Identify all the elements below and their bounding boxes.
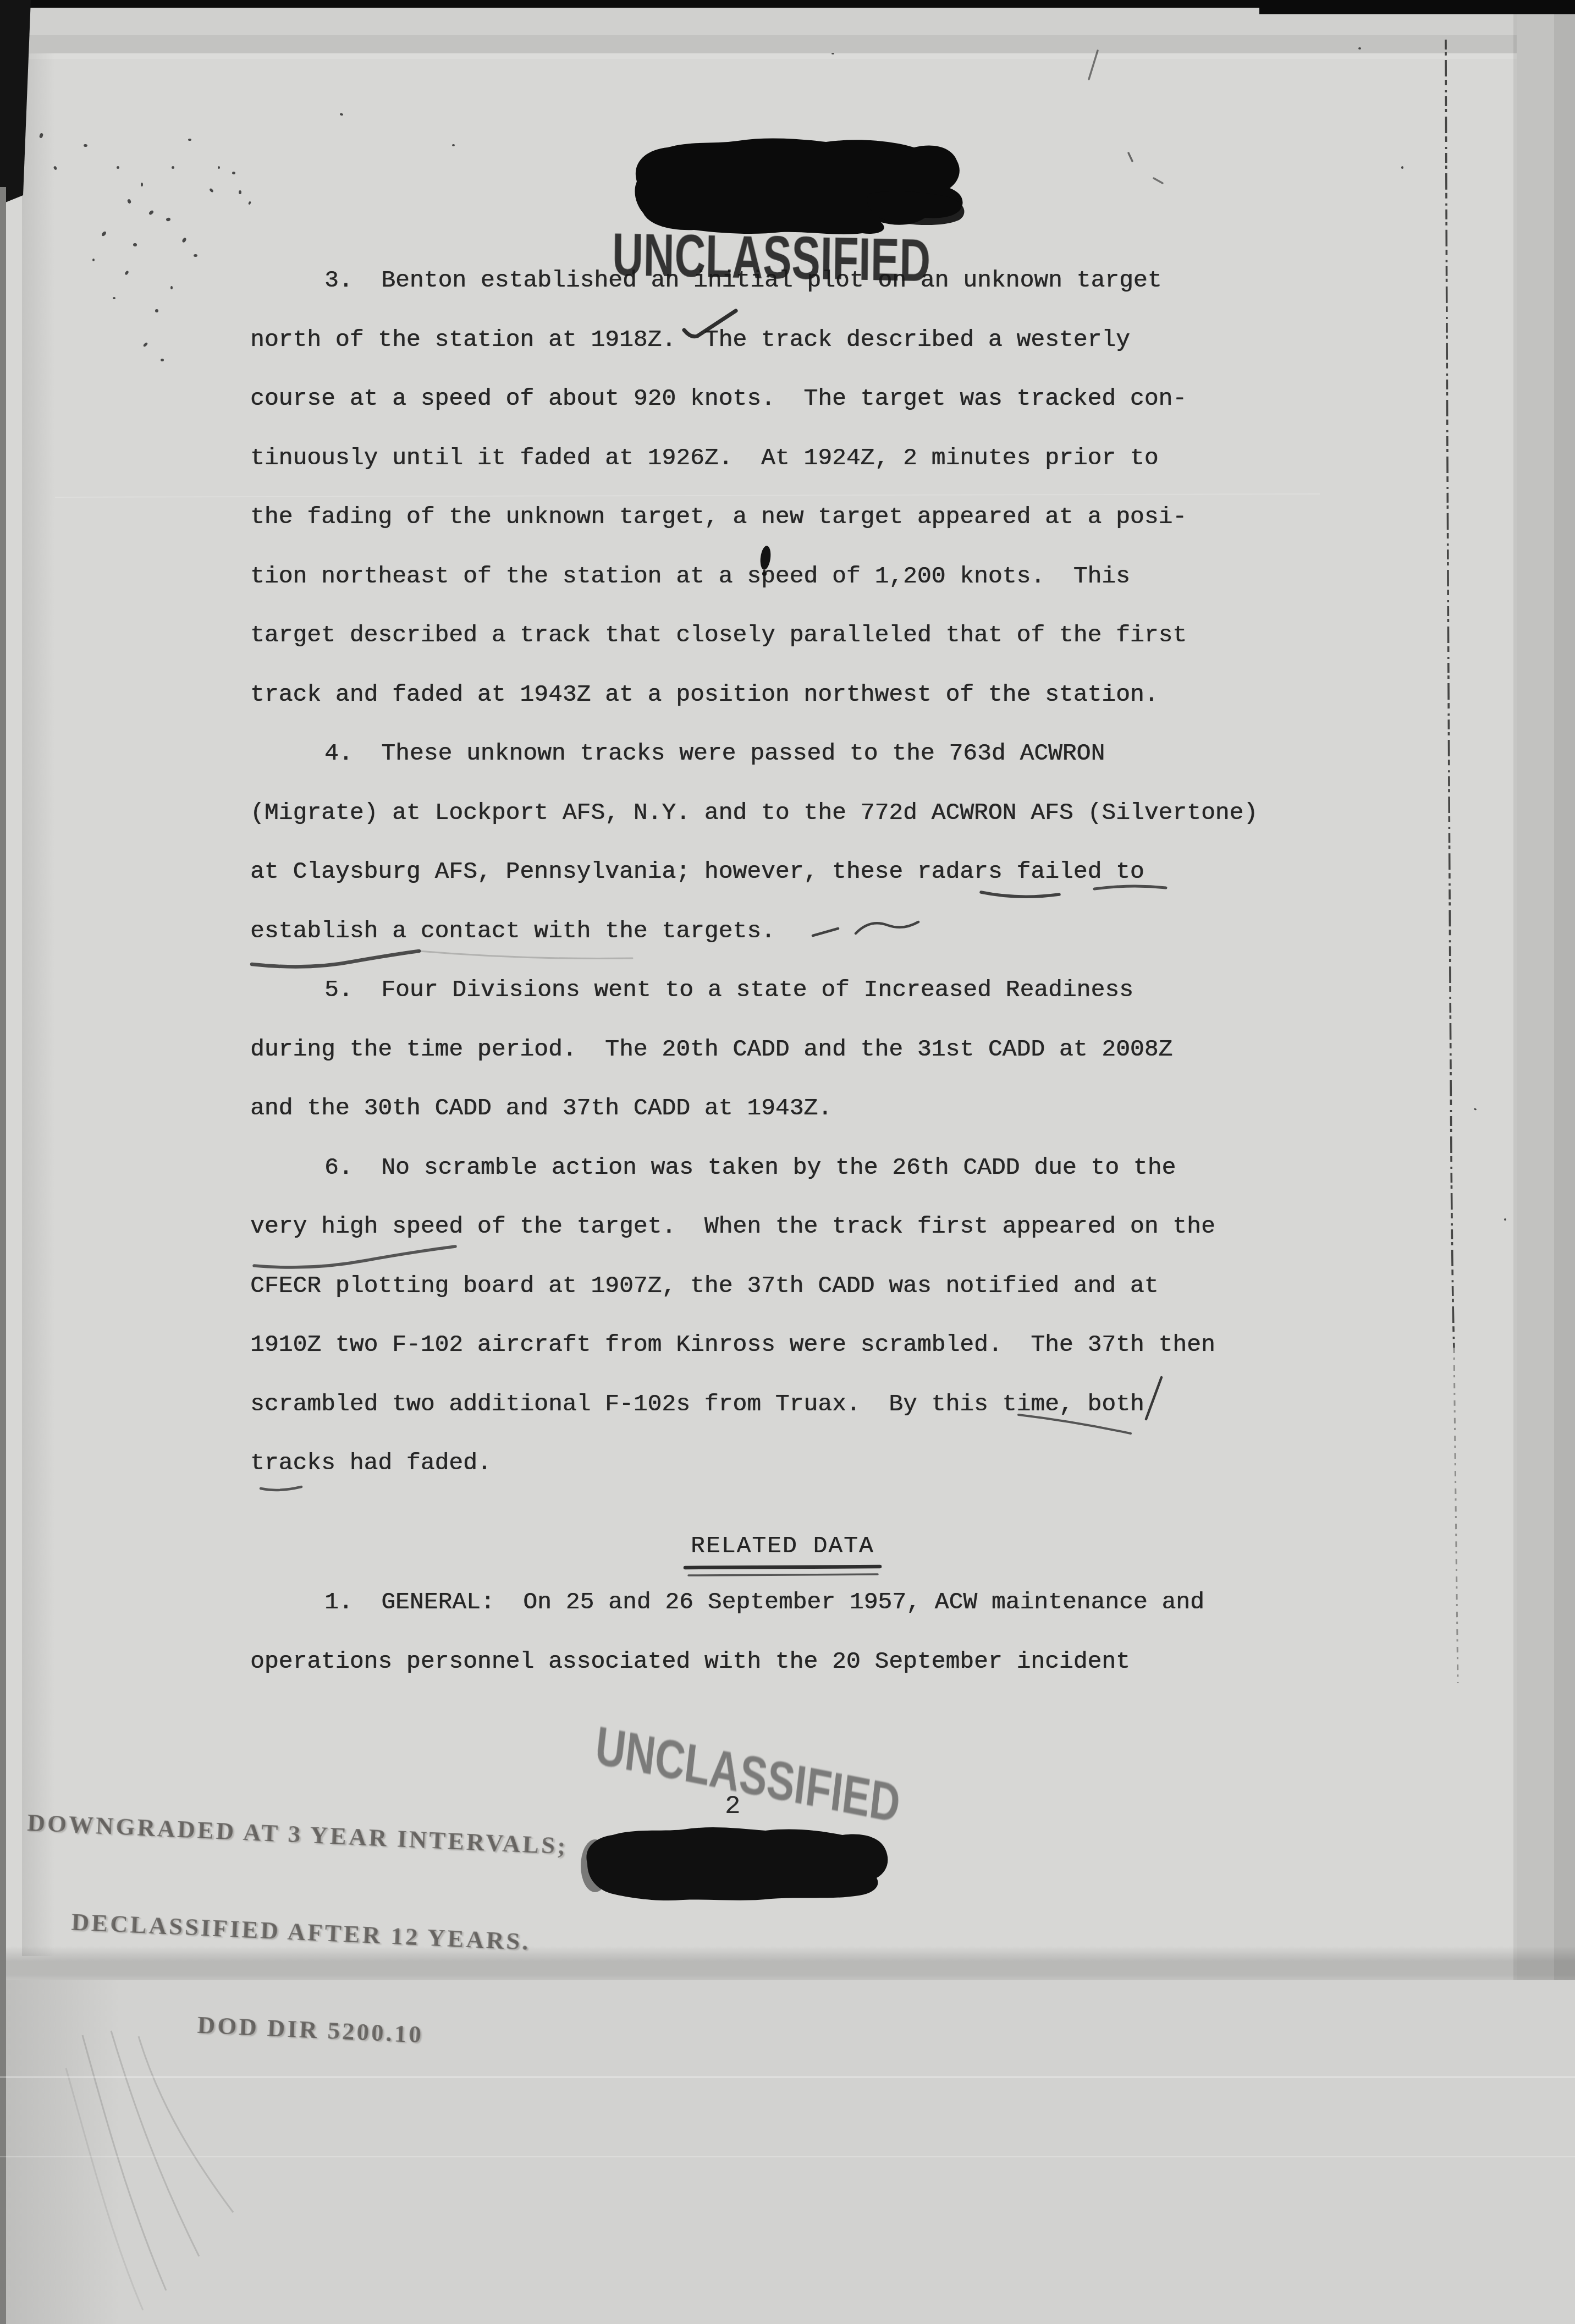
pen-underline-failed-1: [981, 892, 1059, 897]
redaction-mark-top: [635, 139, 964, 234]
redaction-mark-bottom: [581, 1827, 888, 1900]
heading-underline-1: [685, 1567, 880, 1568]
fold-line: [1446, 40, 1458, 1683]
pen-slash-both: [1146, 1377, 1161, 1419]
pen-check-mark: [684, 311, 736, 337]
pen-underline-very-high: [254, 1246, 455, 1267]
pen-underline-establish-tail: [419, 951, 632, 958]
heading-underline-2: [689, 1574, 878, 1575]
stray-mark-2: [1154, 178, 1163, 183]
stray-mark-1: [1128, 153, 1132, 161]
pen-annotations-layer: [0, 0, 1575, 2324]
scratch-marks: [66, 2031, 233, 2310]
ink-blot: [759, 545, 772, 576]
stray-mark-3: [1089, 51, 1098, 79]
scan-light-streaks: [0, 494, 1575, 2157]
pen-underline-establish: [252, 951, 419, 966]
pen-underline-tracks: [261, 1487, 301, 1490]
pen-scribble-targets: [813, 922, 918, 936]
pen-underline-failed-2: [1094, 886, 1166, 889]
pen-diagonal-dash: [1018, 1415, 1131, 1433]
